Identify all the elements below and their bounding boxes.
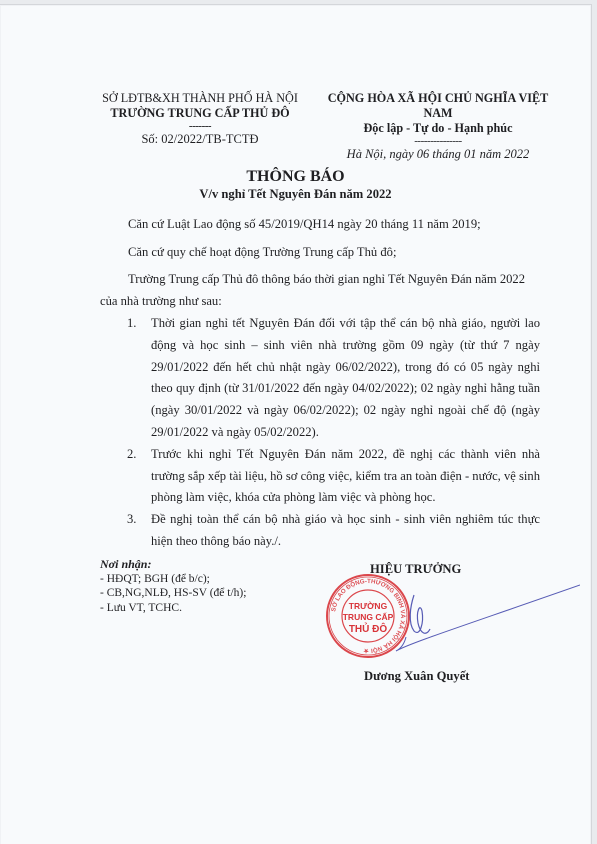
- national-header-block: CỘNG HÒA XÃ HỘI CHỦ NGHĨA VIỆT NAM Độc l…: [318, 91, 558, 162]
- document-number: Số: 02/2022/TB-TCTĐ: [100, 132, 300, 147]
- item-number: 2.: [127, 444, 136, 466]
- header-divider-left: -------: [100, 121, 300, 131]
- signer-name: Dương Xuân Quyết: [364, 669, 470, 684]
- recipients-block: Nơi nhận: - HĐQT; BGH (để b/c); - CB,NG,…: [100, 557, 246, 615]
- notice-item: 3. Đề nghị toàn thể cán bộ nhà giáo và h…: [127, 509, 540, 553]
- recipients-label: Nơi nhận:: [100, 557, 246, 572]
- recipient-line: - Lưu VT, TCHC.: [100, 601, 246, 616]
- notice-items-list: 1. Thời gian nghỉ tết Nguyên Đán đối với…: [127, 313, 540, 553]
- item-text: Thời gian nghỉ tết Nguyên Đán đối với tậ…: [151, 316, 540, 439]
- national-motto: Độc lập - Tự do - Hạnh phúc: [318, 121, 558, 136]
- document-subject: V/v nghỉ Tết Nguyên Đán năm 2022: [0, 187, 591, 202]
- header-divider-right: ---------------: [318, 136, 558, 146]
- agency-name: SỞ LĐTB&XH THÀNH PHỐ HÀ NỘI: [100, 91, 300, 106]
- recipient-line: - CB,NG,NLĐ, HS-SV (để t/h);: [100, 586, 246, 601]
- legal-basis-1: Căn cứ Luật Lao động số 45/2019/QH14 ngà…: [128, 213, 481, 235]
- issuing-agency-block: SỞ LĐTB&XH THÀNH PHỐ HÀ NỘI TRƯỜNG TRUNG…: [100, 91, 300, 147]
- document-page: SỞ LĐTB&XH THÀNH PHỐ HÀ NỘI TRƯỜNG TRUNG…: [0, 4, 592, 844]
- school-name: TRƯỜNG TRUNG CẤP THỦ ĐÔ: [100, 106, 300, 121]
- item-text: Trước khi nghỉ Tết Nguyên Đán năm 2022, …: [151, 447, 540, 505]
- item-number: 3.: [127, 509, 136, 531]
- item-number: 1.: [127, 313, 136, 335]
- document-title: THÔNG BÁO: [0, 168, 591, 186]
- recipient-line: - HĐQT; BGH (để b/c);: [100, 572, 246, 587]
- handwritten-signature-icon: [380, 565, 580, 665]
- notice-item: 2. Trước khi nghỉ Tết Nguyên Đán năm 202…: [127, 444, 540, 509]
- item-text: Đề nghị toàn thể cán bộ nhà giáo và học …: [151, 512, 540, 548]
- intro-paragraph-line1: Trường Trung cấp Thủ đô thông báo thời g…: [128, 268, 538, 290]
- nation-name: CỘNG HÒA XÃ HỘI CHỦ NGHĨA VIỆT NAM: [318, 91, 558, 121]
- intro-paragraph-line2: của nhà trường như sau:: [100, 290, 222, 312]
- place-and-date: Hà Nội, ngày 06 tháng 01 năm 2022: [318, 147, 558, 162]
- notice-item: 1. Thời gian nghỉ tết Nguyên Đán đối với…: [127, 313, 540, 444]
- legal-basis-2: Căn cứ quy chế hoạt động Trường Trung cấ…: [128, 241, 396, 263]
